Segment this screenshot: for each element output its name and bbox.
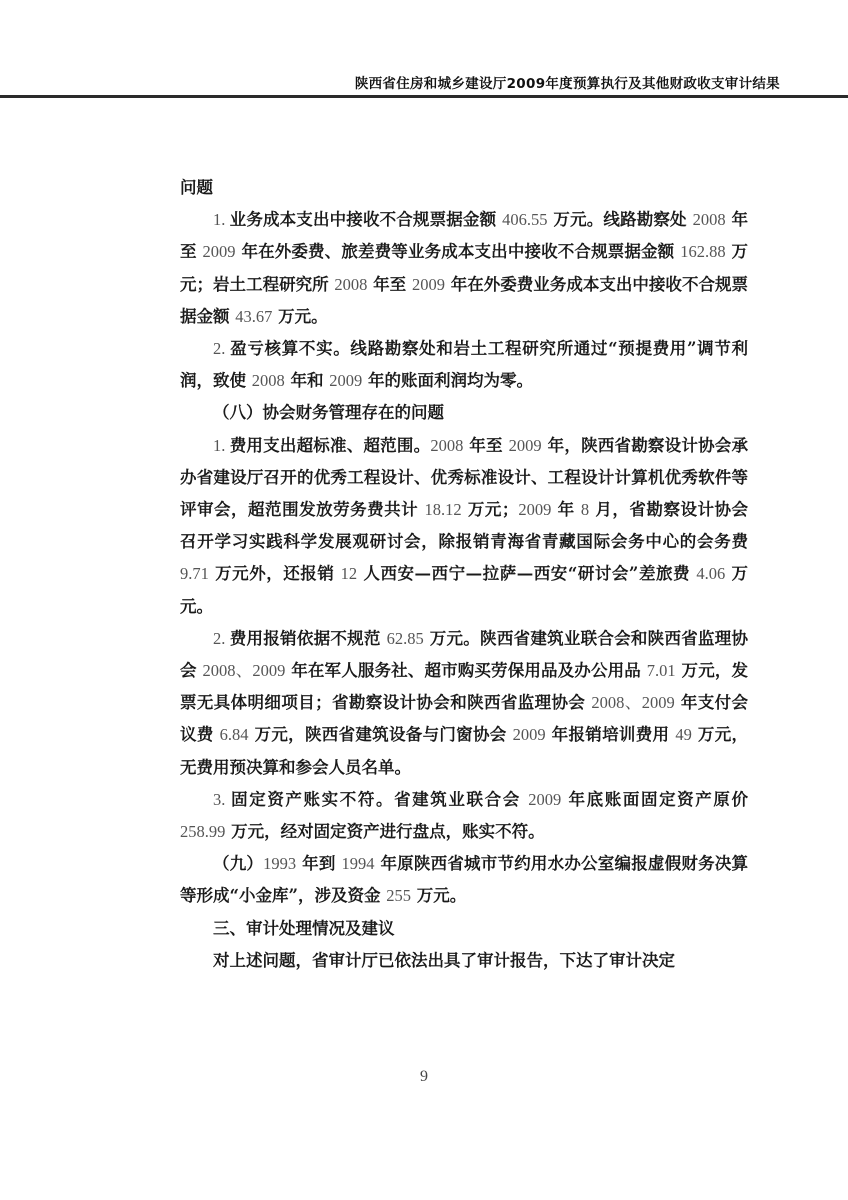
text-run: 对上述问题，省审计厅已依法出具了审计报告，下达了审计决定: [213, 951, 675, 970]
number-run: 2009: [329, 371, 362, 390]
number-run: 6.84: [220, 725, 249, 744]
text-run: 年至: [463, 436, 508, 455]
text-run: 业务成本支出中接收不合规票据金额: [230, 210, 502, 229]
number-run: 162.88: [680, 242, 725, 261]
text-run: 费用支出超标准、超范围。: [230, 436, 431, 455]
text-run: 问题: [180, 178, 213, 197]
number-run: 2009: [412, 275, 445, 294]
text-run: 年至: [367, 275, 412, 294]
text-run: （九）: [213, 854, 263, 873]
number-run: 8: [581, 500, 589, 519]
number-run: 258.99: [180, 822, 225, 841]
number-run: 1993: [263, 854, 296, 873]
number-run: 2.: [213, 629, 230, 648]
number-run: 406.55: [502, 210, 547, 229]
body-paragraph: 对上述问题，省审计厅已依法出具了审计报告，下达了审计决定: [180, 945, 748, 977]
text-run: 万元，经对固定资产进行盘点，账实不符。: [225, 822, 544, 841]
text-run: 万元。: [272, 307, 327, 326]
text-run: 万元。: [411, 886, 466, 905]
number-run: 2008、2009: [591, 693, 674, 712]
text-run: 年到: [296, 854, 341, 873]
text-run: 万元。线路勘察处: [548, 210, 693, 229]
number-run: 1.: [213, 436, 230, 455]
number-run: 62.85: [387, 629, 424, 648]
body-paragraph: 问题: [180, 172, 748, 204]
number-run: 3.: [213, 790, 231, 809]
text-run: 年报销培训费用: [546, 725, 676, 744]
header-divider: [0, 95, 848, 98]
number-run: 2009: [518, 500, 551, 519]
text-run: （八）协会财务管理存在的问题: [213, 403, 444, 422]
number-run: 43.67: [235, 307, 272, 326]
number-run: 12: [341, 564, 358, 583]
number-run: 2.: [213, 339, 230, 358]
body-paragraph: 1. 业务成本支出中接收不合规票据金额 406.55 万元。线路勘察处 2008…: [180, 204, 748, 333]
number-run: 1994: [342, 854, 375, 873]
number-run: 2008、2009: [203, 661, 286, 680]
number-run: 2009: [528, 790, 561, 809]
text-run: 年在外委费、旅差费等业务成本支出中接收不合规票据金额: [236, 242, 681, 261]
text-run: 万元外，还报销: [209, 564, 341, 583]
text-run: 年和: [285, 371, 330, 390]
number-run: 2009: [509, 436, 542, 455]
number-run: 2008: [334, 275, 367, 294]
number-run: 7.01: [647, 661, 676, 680]
text-run: 人西安—西宁—拉萨—西安“研讨会”差旅费: [357, 564, 696, 583]
body-paragraph: 2. 盈亏核算不实。线路勘察处和岩土工程研究所通过“预提费用”调节利润，致使 2…: [180, 333, 748, 397]
text-run: 年的账面利润均为零。: [362, 371, 533, 390]
number-run: 18.12: [424, 500, 461, 519]
number-run: 1.: [213, 210, 230, 229]
number-run: 9.71: [180, 564, 209, 583]
text-run: 三、审计处理情况及建议: [213, 919, 395, 938]
text-run: 年: [551, 500, 581, 519]
number-run: 2008: [430, 436, 463, 455]
body-paragraph: 3. 固定资产账实不符。省建筑业联合会 2009 年底账面固定资产原价258.9…: [180, 784, 748, 848]
text-run: 万元，陕西省建筑设备与门窗协会: [249, 725, 513, 744]
body-paragraph: 2. 费用报销依据不规范 62.85 万元。陕西省建筑业联合会和陕西省监理协会 …: [180, 623, 748, 784]
text-run: 费用报销依据不规范: [230, 629, 387, 648]
text-run: 固定资产账实不符。省建筑业联合会: [231, 790, 528, 809]
text-run: 年底账面固定资产原价: [561, 790, 748, 809]
page-number: 9: [0, 1068, 848, 1086]
number-run: 4.06: [696, 564, 725, 583]
section-heading: 三、审计处理情况及建议: [180, 913, 748, 945]
body-paragraph: （八）协会财务管理存在的问题: [180, 397, 748, 429]
number-run: 2009: [203, 242, 236, 261]
document-body: 问题1. 业务成本支出中接收不合规票据金额 406.55 万元。线路勘察处 20…: [180, 172, 748, 977]
number-run: 255: [386, 886, 411, 905]
body-paragraph: （九）1993 年到 1994 年原陕西省城市节约用水办公室编报虚假财务决算等形…: [180, 848, 748, 912]
number-run: 49: [675, 725, 692, 744]
number-run: 2009: [513, 725, 546, 744]
body-paragraph: 1. 费用支出超标准、超范围。2008 年至 2009 年，陕西省勘察设计协会承…: [180, 430, 748, 623]
running-header-title: 陕西省住房和城乡建设厅2009年度预算执行及其他财政收支审计结果: [355, 72, 780, 92]
text-run: 万元；: [462, 500, 519, 519]
number-run: 2008: [693, 210, 726, 229]
number-run: 2008: [252, 371, 285, 390]
text-run: 年在军人服务社、超市购买劳保用品及办公用品: [285, 661, 646, 680]
